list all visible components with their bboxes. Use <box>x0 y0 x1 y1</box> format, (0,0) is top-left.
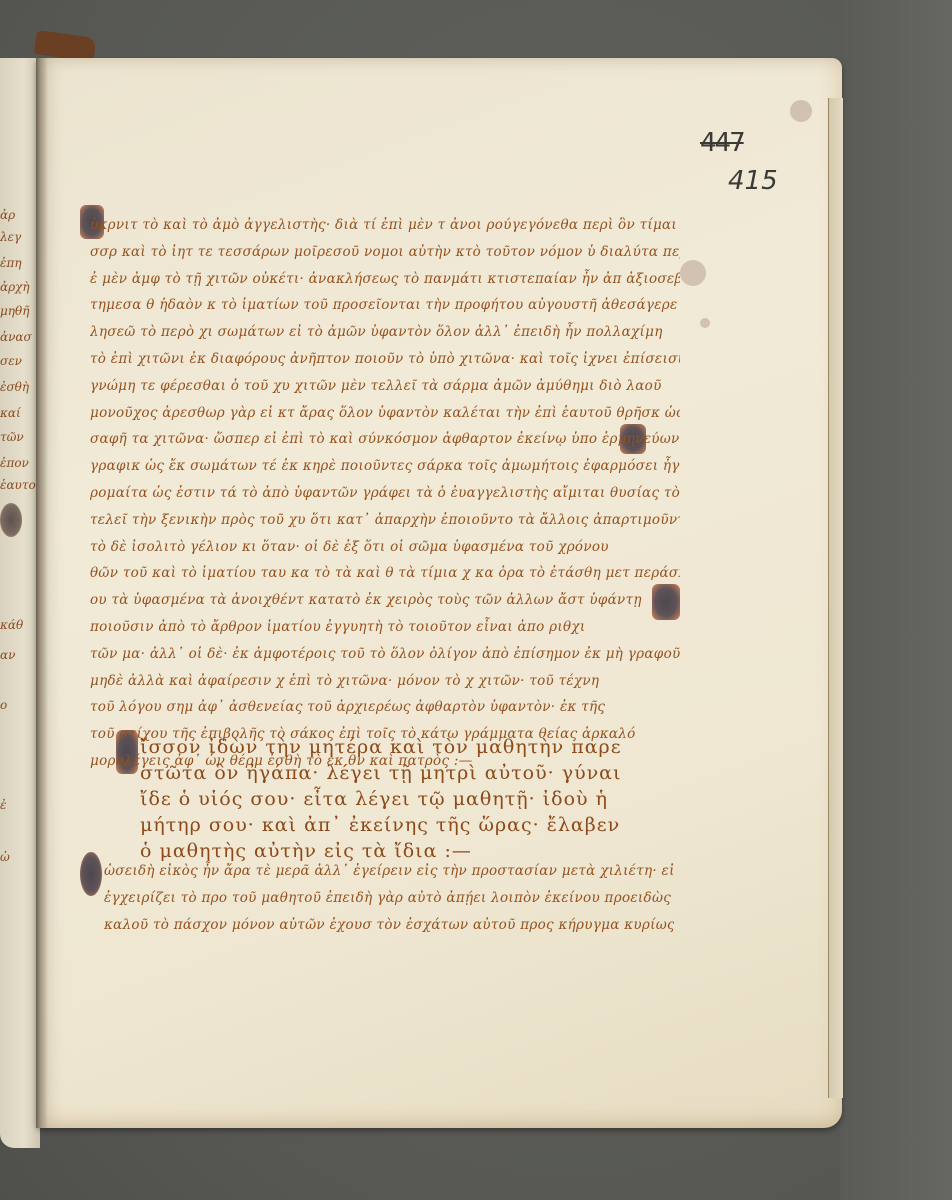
margin-fragment: λεγ <box>0 230 21 244</box>
margin-fragment: ἐπον <box>0 456 29 470</box>
text-line: τὸ δὲ ἰσολιτὸ γέλιον κι ὅταν· οἱ δὲ ἐξ ὅ… <box>90 534 680 561</box>
commentary-text: ὑκρνιτ τὸ καὶ τὸ ἀμὸ ἀγγελιστὴς· διὰ τί … <box>90 212 680 775</box>
text-line: ἐγχειρίζει τὸ προ τοῦ μαθητοῦ ἐπειδὴ γὰρ… <box>104 885 674 912</box>
background-right <box>840 0 952 1200</box>
lemma-line: ἴδε ὁ υἱός σου· εἶτα λέγει τῷ μαθητῇ· ἰδ… <box>140 786 640 812</box>
text-line: σσρ καὶ τὸ ἰητ τε τεσσάρων μοῖρεσοῦ νομο… <box>90 239 680 266</box>
margin-fragment: ἐσθὴ <box>0 380 29 394</box>
text-line: γνώμη τε φέρεσθαι ὁ τοῦ χυ χιτῶν μὲν τελ… <box>90 373 680 400</box>
text-line: τελεῖ τὴν ξενικὴν πρὸς τοῦ χυ ὅτι κατ᾽ ἀ… <box>90 507 680 534</box>
text-line: καλοῦ τὸ πάσχον μόνον αὐτῶν ἐχουσ τὸν ἐσ… <box>104 912 674 939</box>
margin-fragment: ἀνασ <box>0 330 32 344</box>
text-line: ποιοῦσιν ἀπὸ τὸ ἄρθρον ἱματίου ἐγγυητὴ τ… <box>90 614 680 641</box>
text-line: τοῦ λόγου σημ ἀφ᾽ ἀσθενείας τοῦ ἀρχιερέω… <box>90 694 680 721</box>
text-line: θῶν τοῦ καὶ τὸ ἱματίου ταυ κα τὸ τὰ καὶ … <box>90 560 680 587</box>
margin-fragment: ἑαυτοῦ <box>0 478 40 492</box>
text-line: ὑκρνιτ τὸ καὶ τὸ ἀμὸ ἀγγελιστὴς· διὰ τί … <box>90 212 680 239</box>
margin-fragment: ο <box>0 698 7 712</box>
text-line: τὸ ἐπὶ χιτῶνι ἐκ διαφόρους ἀνῆπτον ποιοῦ… <box>90 346 680 373</box>
margin-fragment: καί <box>0 406 21 420</box>
folio-number: 415 <box>728 166 778 196</box>
text-line: ἐ μὲν ἀμφ τὸ τῇ χιτῶν οὐκέτι· ἀνακλήσεως… <box>90 266 680 293</box>
text-line: μηδὲ ἀλλὰ καὶ ἀφαίρεσιν χ ἐπὶ τὸ χιτῶνα·… <box>90 668 680 695</box>
text-line: γραφικ ὡς ἔκ σωμάτων τέ ἐκ κηρὲ ποιοῦντε… <box>90 453 680 480</box>
margin-fragment: αν <box>0 648 15 662</box>
margin-fragment: μηθῆ <box>0 304 29 318</box>
left-page: ἀρ λεγ ἐπη ἀρχὴ μηθῆ ἀνασ σεν ἐσθὴ καί τ… <box>0 58 40 1148</box>
stain <box>680 260 706 286</box>
stain <box>790 100 812 122</box>
text-line: ὡσειδὴ εἰκὸς ἦν ἄρα τὲ μερᾶ ἀλλ᾽ ἐγείρει… <box>104 858 674 885</box>
text-line: ρομαίτα ὡς ἐστιν τά τὸ ἀπὸ ὑφαντῶν γράφε… <box>90 480 680 507</box>
text-line: μονοῦχος ἀρεσθωρ γὰρ εἰ κτ ἄρας ὅλον ὑφα… <box>90 400 680 427</box>
stain <box>700 318 710 328</box>
margin-fragment: τῶν <box>0 430 24 444</box>
text-line: σαφῆ τα χιτῶνα· ὥσπερ εἰ ἐπὶ τὸ καὶ σύνκ… <box>90 426 680 453</box>
text-line: ου τὰ ὑφασμένα τὰ ἀνοιχθέντ κατατὸ ἐκ χε… <box>90 587 680 614</box>
margin-fragment: ἐ <box>0 798 6 812</box>
margin-fragment: κάθ <box>0 618 23 632</box>
margin-fragment: ἀρ <box>0 208 15 222</box>
commentary-end-text: ὡσειδὴ εἰκὸς ἦν ἄρα τὲ μερᾶ ἀλλ᾽ ἐγείρει… <box>104 858 674 938</box>
lemma-text: ἴσσον ἰδὼν τὴν μητέρα καὶ τὸν μαθητὴν πα… <box>140 734 640 864</box>
lemma-line: ἴσσον ἰδὼν τὴν μητέρα καὶ τὸν μαθητὴν πα… <box>140 734 640 760</box>
lemma-line: στῶτα ὃν ἠγάπα· λέγει τῇ μητρὶ αὐτοῦ· γύ… <box>140 760 640 786</box>
lemma-line: μήτηρ σου· καὶ ἀπ᾽ ἐκείνης τῆς ὥρας· ἔλα… <box>140 812 640 838</box>
struck-folio-number: 447 <box>700 128 744 158</box>
gutter-shadow <box>36 58 48 1128</box>
left-initial-letter <box>0 503 22 537</box>
margin-fragment: ἐπη <box>0 256 22 270</box>
text-line: λησεῶ τὸ περὸ χι σωμάτων εἰ τὸ ἀμῶν ὑφαν… <box>90 319 680 346</box>
text-line: τημεσα θ ἡδαὸν κ τὸ ἱματίων τοῦ προσεῖον… <box>90 292 680 319</box>
text-line: τῶν μα· ἀλλ᾽ οἱ δὲ· ἐκ ἀμφοτέροις τοῦ τὸ… <box>90 641 680 668</box>
commentary-initial <box>80 852 102 896</box>
margin-fragment: ὡ <box>0 850 10 864</box>
margin-fragment: σεν <box>0 354 22 368</box>
margin-fragment: ἀρχὴ <box>0 280 30 294</box>
page-edge <box>828 98 843 1098</box>
